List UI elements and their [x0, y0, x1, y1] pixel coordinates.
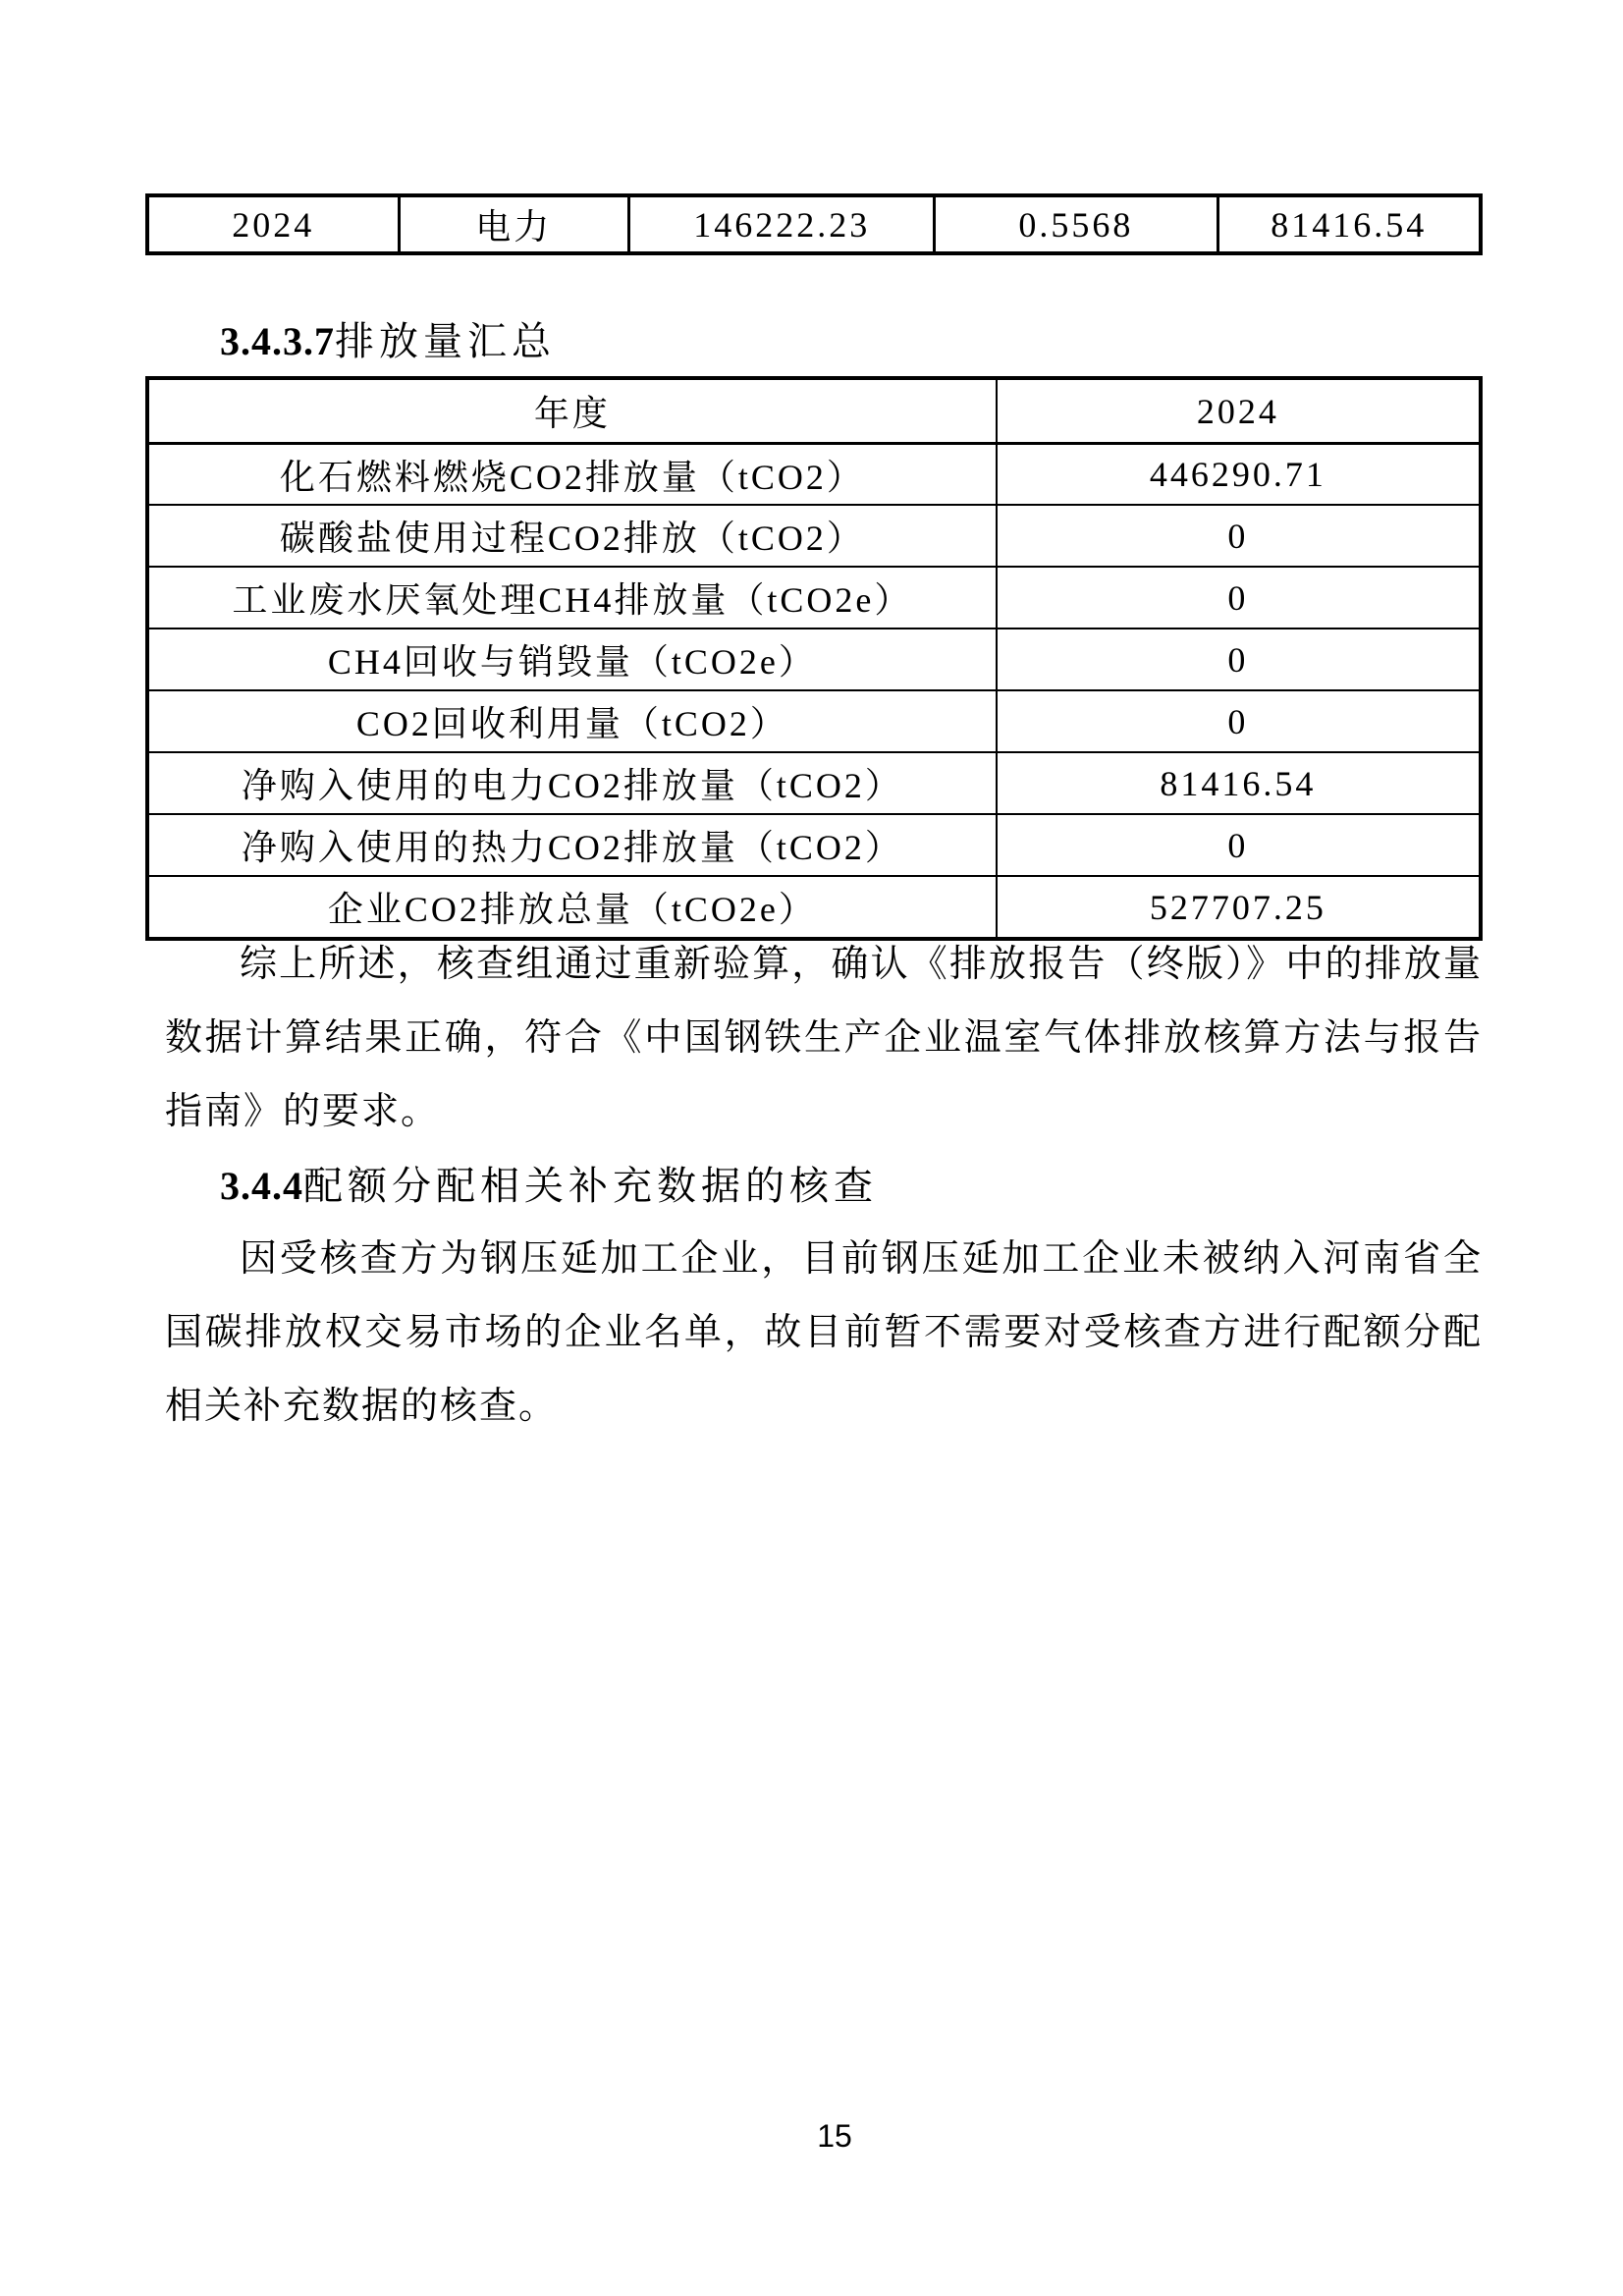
section-title: 配额分配相关补充数据的核查: [303, 1164, 878, 1208]
table-cell-emission: 81416.54: [1217, 197, 1479, 251]
header-label: 年度: [149, 380, 998, 442]
conclusion-paragraph: 综上所述，核查组通过重新验算，确认《排放报告（终版）》中的排放量数据计算结果正确…: [165, 928, 1483, 1149]
row-value: 0: [998, 629, 1479, 689]
row-value: 0: [998, 568, 1479, 628]
row-label: 净购入使用的电力CO2排放量（tCO2）: [149, 753, 998, 813]
table-cell-energy-type: 电力: [398, 197, 628, 251]
row-label: CO2回收利用量（tCO2）: [149, 691, 998, 751]
row-value: 0: [998, 691, 1479, 751]
table-row: 净购入使用的热力CO2排放量（tCO2） 0: [149, 813, 1479, 875]
table-row: 化石燃料燃烧CO2排放量（tCO2） 446290.71: [149, 442, 1479, 504]
electricity-emission-table: 2024 电力 146222.23 0.5568 81416.54: [145, 193, 1483, 255]
page-number: 15: [817, 2116, 852, 2156]
table-cell-year: 2024: [149, 197, 398, 251]
section-heading-emission-summary: 3.4.3.7排放量汇总: [165, 304, 1483, 378]
row-label: 工业废水厌氧处理CH4排放量（tCO2e）: [149, 568, 998, 628]
allocation-paragraph: 因受核查方为钢压延加工企业，目前钢压延加工企业未被纳入河南省全国碳排放权交易市场…: [165, 1223, 1483, 1444]
table-row: 工业废水厌氧处理CH4排放量（tCO2e） 0: [149, 566, 1479, 628]
row-value: 446290.71: [998, 445, 1479, 504]
header-value: 2024: [998, 380, 1479, 442]
section-title: 排放量汇总: [335, 319, 556, 363]
row-value: 81416.54: [998, 753, 1479, 813]
row-label: 碳酸盐使用过程CO2排放（tCO2）: [149, 506, 998, 566]
row-value: 0: [998, 506, 1479, 566]
table-header-row: 年度 2024: [149, 380, 1479, 442]
section-number: 3.4.3.7: [220, 319, 335, 363]
table-row: 碳酸盐使用过程CO2排放（tCO2） 0: [149, 504, 1479, 566]
section-number: 3.4.4: [220, 1164, 303, 1208]
emission-summary-table: 年度 2024 化石燃料燃烧CO2排放量（tCO2） 446290.71 碳酸盐…: [145, 376, 1483, 941]
table-cell-activity-data: 146222.23: [627, 197, 933, 251]
table-row: CO2回收利用量（tCO2） 0: [149, 689, 1479, 751]
document-page: 2024 电力 146222.23 0.5568 81416.54 3.4.3.…: [0, 0, 1623, 2296]
section-heading-allocation-check: 3.4.4配额分配相关补充数据的核查: [165, 1149, 1483, 1223]
row-label: CH4回收与销毁量（tCO2e）: [149, 629, 998, 689]
table-row: CH4回收与销毁量（tCO2e） 0: [149, 628, 1479, 689]
row-value: 0: [998, 815, 1479, 875]
row-label: 净购入使用的热力CO2排放量（tCO2）: [149, 815, 998, 875]
table-row: 净购入使用的电力CO2排放量（tCO2） 81416.54: [149, 751, 1479, 813]
table-cell-emission-factor: 0.5568: [933, 197, 1216, 251]
row-label: 化石燃料燃烧CO2排放量（tCO2）: [149, 445, 998, 504]
